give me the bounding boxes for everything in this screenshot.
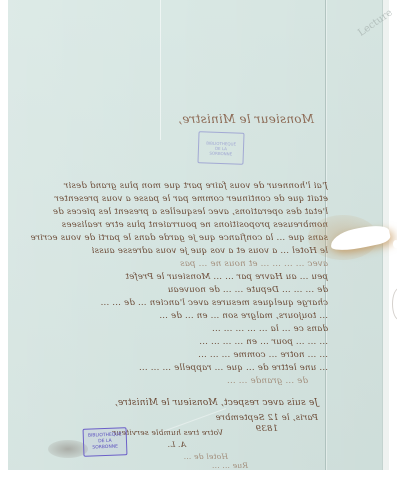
body-line: le Hotel ... a vous et a vos que je vous… [22,246,328,256]
body-line: de ... grande ... ... [198,376,308,386]
body-line: ... toujours, malgre son ... en ... de .… [22,311,328,321]
ink-smudge [48,440,88,458]
body-line: charge quelques mesures avec l'ancien ..… [22,298,328,308]
pencil-annotation: Lecture [356,7,397,51]
address-line: Hotel de ... [148,452,228,461]
body-line: dans ce ... la ... ... ... ... ... [22,324,328,334]
library-stamp-faint: BIBLIOTHEQUE DE LA SORBONNE [197,131,244,165]
body-line: l'etat des operations, avec lesquelles a… [22,207,328,217]
stamp-text: SORBONNE [92,445,118,452]
body-line: ... ... notre ... comme ... ... ... [22,350,328,360]
body-line: sans que ... la confiance que je garde d… [22,233,328,243]
fold-crease [160,0,161,140]
address-line: Rue ... ... [148,461,248,470]
signature: A. L. [156,440,186,449]
salutation: Monsieur le Ministre, [194,112,314,126]
seal-impression [392,288,397,320]
body-line: de ... ... ... Depute ... ... de nouveau [22,285,328,295]
body-line: nombreuses propositions ne pourraient pl… [22,220,328,230]
body-line: etait que de continuer comme par le pass… [22,194,328,204]
body-line: avec ... ... ... ... et nous ne ... pas [22,259,328,269]
body-line: J'ai l'honneur de vous faire part que mo… [22,181,328,191]
date-line: Paris, le 12 Septembre [198,413,318,423]
body-line: ... ... ... pour ... en ... ... ... ... [22,337,328,347]
body-line: ... une lettre de ... que ... rappelle .… [22,363,328,373]
body-line: peu ... au Havre par ... ... Monsieur le… [22,272,328,282]
library-stamp: BIBLIOTHEQUE DE LA SORBONNE [83,427,128,457]
letter-page: Lecture Monsieur le Ministre, BIBLIOTHEQ… [8,0,389,470]
paper-hole [393,240,397,248]
closing-line: Je suis avec respect, Monsieur le Minist… [78,398,318,408]
signature-line: Votre tres humble serviteur [113,428,223,437]
stamp-text: SORBONNE [209,150,232,156]
year: 1839 [248,424,278,434]
